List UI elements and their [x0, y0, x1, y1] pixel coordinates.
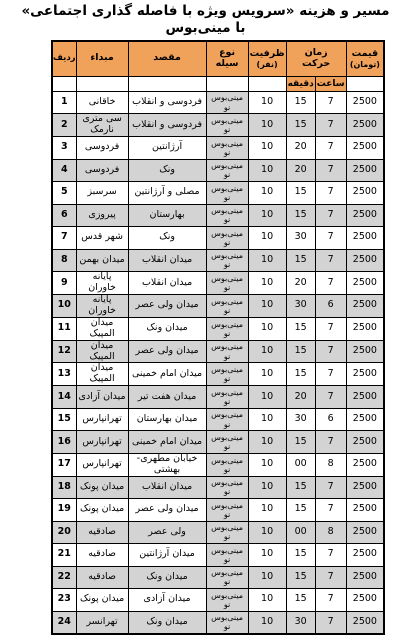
origin-cell: میدان بهمن	[76, 249, 128, 272]
minute-cell: 15	[286, 499, 315, 522]
table-row: 11میدان المپیکمیدان ونکمینی‌بوس نو101572…	[52, 317, 384, 340]
capacity-cell: 10	[248, 566, 286, 589]
vehicle-cell: مینی‌بوس نو	[206, 386, 248, 409]
routes-table: ردیف مبداء مقصد نوع سیله ظرفیت (نفر) زما…	[51, 40, 385, 635]
hour-cell: 8	[315, 521, 346, 544]
table-row: 7شهر قدسونکمینی‌بوس نو103072500	[52, 227, 384, 250]
capacity-cell: 10	[248, 272, 286, 295]
page-title: مسیر و هزینه «سرویس ویژه با فاصله گذاری …	[0, 0, 411, 37]
hour-cell: 7	[315, 272, 346, 295]
capacity-cell: 10	[248, 91, 286, 114]
origin-cell: میدان پونک	[76, 476, 128, 499]
price-cell: 2500	[346, 249, 384, 272]
vehicle-cell: مینی‌بوس نو	[206, 589, 248, 612]
table-row: 1خاقانیفردوسی و انقلابمینی‌بوس نو1015725…	[52, 91, 384, 114]
destination-cell: فردوسی و انقلاب	[128, 114, 206, 137]
vehicle-cell: مینی‌بوس نو	[206, 521, 248, 544]
hour-cell: 7	[315, 340, 346, 363]
table-row: 14میدان آزادیمیدان هفت تیرمینی‌بوس نو102…	[52, 386, 384, 409]
minute-cell: 20	[286, 137, 315, 160]
row-number-cell: 18	[52, 476, 76, 499]
row-number-cell: 6	[52, 204, 76, 227]
price-cell: 2500	[346, 159, 384, 182]
table-row: 17تهرانپارسخیابان مطهری- بهشتیمینی‌بوس ن…	[52, 453, 384, 476]
destination-cell: میدان ولی عصر	[128, 340, 206, 363]
minute-cell: 15	[286, 249, 315, 272]
hour-cell: 7	[315, 499, 346, 522]
vehicle-cell: مینی‌بوس نو	[206, 317, 248, 340]
vehicle-cell: مینی‌بوس نو	[206, 431, 248, 454]
minute-cell: 30	[286, 294, 315, 317]
vehicle-cell: مینی‌بوس نو	[206, 294, 248, 317]
hour-cell: 7	[315, 249, 346, 272]
table-header: ردیف مبداء مقصد نوع سیله ظرفیت (نفر) زما…	[52, 41, 384, 92]
vehicle-cell: مینی‌بوس نو	[206, 227, 248, 250]
vehicle-cell: مینی‌بوس نو	[206, 566, 248, 589]
table-row: 3فردوسیآرژانتینمینی‌بوس نو102072500	[52, 137, 384, 160]
vehicle-cell: مینی‌بوس نو	[206, 476, 248, 499]
capacity-cell: 10	[248, 363, 286, 386]
destination-cell: میدان امام خمینی	[128, 363, 206, 386]
capacity-cell: 10	[248, 159, 286, 182]
table-row: 8میدان بهمنمیدان انقلابمینی‌بوس نو101572…	[52, 249, 384, 272]
table-row: 10پایانه خاورانمیدان ولی عصرمینی‌بوس نو1…	[52, 294, 384, 317]
vehicle-cell: مینی‌بوس نو	[206, 272, 248, 295]
minute-cell: 15	[286, 182, 315, 205]
origin-cell: میدان آزادی	[76, 386, 128, 409]
hour-cell: 6	[315, 408, 346, 431]
price-cell: 2500	[346, 137, 384, 160]
hour-cell: 7	[315, 476, 346, 499]
destination-cell: میدان ولی عصر	[128, 499, 206, 522]
row-number-cell: 14	[52, 386, 76, 409]
destination-cell: میدان ولی عصر	[128, 294, 206, 317]
hour-cell: 7	[315, 363, 346, 386]
capacity-cell: 10	[248, 137, 286, 160]
vehicle-cell: مینی‌بوس نو	[206, 363, 248, 386]
page-title-line1: مسیر و هزینه «سرویس ویژه با فاصله گذاری …	[0, 3, 411, 20]
price-cell: 2500	[346, 114, 384, 137]
table-row: 4فردوسیونکمینی‌بوس نو102072500	[52, 159, 384, 182]
price-cell: 2500	[346, 272, 384, 295]
origin-cell: تهرانپارس	[76, 431, 128, 454]
column-header-capacity: ظرفیت (نفر)	[248, 41, 286, 77]
origin-cell: سرسبز	[76, 182, 128, 205]
column-header-radif: ردیف	[52, 41, 76, 77]
minute-cell: 15	[286, 566, 315, 589]
vehicle-cell: مینی‌بوس نو	[206, 204, 248, 227]
table-row: 5سرسبزمصلی و آرژانتینمینی‌بوس نو10157250…	[52, 182, 384, 205]
price-cell: 2500	[346, 566, 384, 589]
price-cell: 2500	[346, 431, 384, 454]
column-header-price: قیمت (تومان)	[346, 41, 384, 77]
row-number-cell: 12	[52, 340, 76, 363]
row-number-cell: 1	[52, 91, 76, 114]
capacity-cell: 10	[248, 408, 286, 431]
origin-cell: خاقانی	[76, 91, 128, 114]
destination-cell: میدان بهارستان	[128, 408, 206, 431]
vehicle-cell: مینی‌بوس نو	[206, 182, 248, 205]
hour-cell: 7	[315, 182, 346, 205]
minute-cell: 15	[286, 204, 315, 227]
sub-empty-price	[346, 76, 384, 91]
minute-cell: 15	[286, 544, 315, 567]
table-row: 24تهرانسرمیدان ونکمینی‌بوس نو103072500	[52, 611, 384, 634]
vehicle-cell: مینی‌بوس نو	[206, 249, 248, 272]
destination-cell: میدان ونک	[128, 317, 206, 340]
capacity-cell: 10	[248, 431, 286, 454]
sub-empty-origin	[76, 76, 128, 91]
hour-cell: 7	[315, 611, 346, 634]
minute-cell: 15	[286, 317, 315, 340]
row-number-cell: 11	[52, 317, 76, 340]
hour-cell: 7	[315, 566, 346, 589]
vehicle-cell: مینی‌بوس نو	[206, 544, 248, 567]
vehicle-cell: مینی‌بوس نو	[206, 159, 248, 182]
row-number-cell: 20	[52, 521, 76, 544]
row-number-cell: 5	[52, 182, 76, 205]
capacity-cell: 10	[248, 521, 286, 544]
row-number-cell: 10	[52, 294, 76, 317]
price-cell: 2500	[346, 91, 384, 114]
origin-cell: سی متری نارمک	[76, 114, 128, 137]
destination-cell: خیابان مطهری- بهشتی	[128, 453, 206, 476]
origin-cell: صادقیه	[76, 566, 128, 589]
row-number-cell: 22	[52, 566, 76, 589]
capacity-cell: 10	[248, 204, 286, 227]
price-cell: 2500	[346, 386, 384, 409]
price-cell: 2500	[346, 408, 384, 431]
row-number-cell: 17	[52, 453, 76, 476]
capacity-cell: 10	[248, 294, 286, 317]
price-cell: 2500	[346, 294, 384, 317]
origin-cell: صادقیه	[76, 544, 128, 567]
destination-cell: ولی عصر	[128, 521, 206, 544]
sub-header-minute: دقیقه	[286, 76, 315, 91]
destination-cell: میدان انقلاب	[128, 249, 206, 272]
capacity-cell: 10	[248, 227, 286, 250]
price-cell: 2500	[346, 182, 384, 205]
capacity-cell: 10	[248, 317, 286, 340]
column-header-destination: مقصد	[128, 41, 206, 77]
destination-cell: میدان انقلاب	[128, 272, 206, 295]
row-number-cell: 9	[52, 272, 76, 295]
minute-cell: 15	[286, 114, 315, 137]
minute-cell: 15	[286, 91, 315, 114]
minute-cell: 15	[286, 476, 315, 499]
capacity-cell: 10	[248, 499, 286, 522]
price-cell: 2500	[346, 611, 384, 634]
hour-cell: 7	[315, 589, 346, 612]
table-row: 6پیروزیبهارستانمینی‌بوس نو101572500	[52, 204, 384, 227]
table-row: 23میدان پونکمیدان آزادیمینی‌بوس نو101572…	[52, 589, 384, 612]
capacity-cell: 10	[248, 544, 286, 567]
vehicle-cell: مینی‌بوس نو	[206, 340, 248, 363]
row-number-cell: 23	[52, 589, 76, 612]
capacity-cell: 10	[248, 589, 286, 612]
destination-cell: میدان آرژانتین	[128, 544, 206, 567]
origin-cell: صادقیه	[76, 521, 128, 544]
price-cell: 2500	[346, 499, 384, 522]
sub-header-row: دقیقه ساعت	[52, 76, 384, 91]
minute-cell: 20	[286, 159, 315, 182]
price-cell: 2500	[346, 589, 384, 612]
sub-empty-destination	[128, 76, 206, 91]
origin-cell: میدان المپیک	[76, 317, 128, 340]
capacity-cell: 10	[248, 114, 286, 137]
minute-cell: 00	[286, 521, 315, 544]
table-row: 12میدان المپیکمیدان ولی عصرمینی‌بوس نو10…	[52, 340, 384, 363]
origin-cell: میدان المپیک	[76, 363, 128, 386]
price-cell: 2500	[346, 317, 384, 340]
price-cell: 2500	[346, 521, 384, 544]
capacity-cell: 10	[248, 453, 286, 476]
origin-cell: تهرانپارس	[76, 453, 128, 476]
row-number-cell: 16	[52, 431, 76, 454]
hour-cell: 8	[315, 453, 346, 476]
capacity-cell: 10	[248, 611, 286, 634]
vehicle-cell: مینی‌بوس نو	[206, 499, 248, 522]
hour-cell: 7	[315, 431, 346, 454]
minute-cell: 20	[286, 272, 315, 295]
minute-cell: 30	[286, 227, 315, 250]
hour-cell: 7	[315, 91, 346, 114]
sub-empty-capacity	[248, 76, 286, 91]
minute-cell: 30	[286, 408, 315, 431]
sub-header-hour: ساعت	[315, 76, 346, 91]
origin-cell: پیروزی	[76, 204, 128, 227]
origin-cell: میدان المپیک	[76, 340, 128, 363]
row-number-cell: 3	[52, 137, 76, 160]
hour-cell: 7	[315, 227, 346, 250]
price-cell: 2500	[346, 476, 384, 499]
row-number-cell: 13	[52, 363, 76, 386]
row-number-cell: 2	[52, 114, 76, 137]
price-cell: 2500	[346, 453, 384, 476]
destination-cell: میدان آزادی	[128, 589, 206, 612]
minute-cell: 30	[286, 611, 315, 634]
origin-cell: پایانه خاوران	[76, 272, 128, 295]
destination-cell: ونک	[128, 159, 206, 182]
vehicle-cell: مینی‌بوس نو	[206, 408, 248, 431]
destination-cell: میدان هفت تیر	[128, 386, 206, 409]
minute-cell: 00	[286, 453, 315, 476]
price-cell: 2500	[346, 544, 384, 567]
capacity-cell: 10	[248, 386, 286, 409]
table-row: 18میدان پونکمیدان انقلابمینی‌بوس نو10157…	[52, 476, 384, 499]
minute-cell: 15	[286, 340, 315, 363]
table-row: 13میدان المپیکمیدان امام خمینیمینی‌بوس ن…	[52, 363, 384, 386]
sub-empty-vehicle	[206, 76, 248, 91]
hour-cell: 7	[315, 114, 346, 137]
hour-cell: 7	[315, 137, 346, 160]
sub-empty-radif	[52, 76, 76, 91]
capacity-cell: 10	[248, 182, 286, 205]
vehicle-cell: مینی‌بوس نو	[206, 453, 248, 476]
table-row: 2سی متری نارمکفردوسی و انقلابمینی‌بوس نو…	[52, 114, 384, 137]
hour-cell: 7	[315, 317, 346, 340]
destination-cell: ونک	[128, 227, 206, 250]
page-title-line2: با مینی‌بوس	[0, 20, 411, 37]
table-body: 1خاقانیفردوسی و انقلابمینی‌بوس نو1015725…	[52, 91, 384, 634]
minute-cell: 15	[286, 431, 315, 454]
hour-cell: 7	[315, 204, 346, 227]
table-row: 15تهرانپارسمیدان بهارستانمینی‌بوس نو1030…	[52, 408, 384, 431]
origin-cell: تهرانپارس	[76, 408, 128, 431]
minute-cell: 20	[286, 386, 315, 409]
table-row: 16تهرانپارسمیدان امام خمینیمینی‌بوس نو10…	[52, 431, 384, 454]
capacity-cell: 10	[248, 249, 286, 272]
destination-cell: مصلی و آرژانتین	[128, 182, 206, 205]
column-header-departure-time: زمان حرکت	[286, 41, 346, 77]
capacity-cell: 10	[248, 476, 286, 499]
destination-cell: میدان ونک	[128, 566, 206, 589]
vehicle-cell: مینی‌بوس نو	[206, 114, 248, 137]
vehicle-cell: مینی‌بوس نو	[206, 91, 248, 114]
origin-cell: پایانه خاوران	[76, 294, 128, 317]
table-row: 21صادقیهمیدان آرژانتینمینی‌بوس نو1015725…	[52, 544, 384, 567]
row-number-cell: 8	[52, 249, 76, 272]
destination-cell: میدان امام خمینی	[128, 431, 206, 454]
column-header-origin: مبداء	[76, 41, 128, 77]
price-cell: 2500	[346, 204, 384, 227]
hour-cell: 7	[315, 544, 346, 567]
origin-cell: شهر قدس	[76, 227, 128, 250]
column-header-vehicle-type: نوع سیله	[206, 41, 248, 77]
table-row: 9پایانه خاورانمیدان انقلابمینی‌بوس نو102…	[52, 272, 384, 295]
price-cell: 2500	[346, 340, 384, 363]
row-number-cell: 4	[52, 159, 76, 182]
origin-cell: میدان پونک	[76, 589, 128, 612]
origin-cell: فردوسی	[76, 137, 128, 160]
destination-cell: فردوسی و انقلاب	[128, 91, 206, 114]
minute-cell: 15	[286, 589, 315, 612]
hour-cell: 6	[315, 294, 346, 317]
row-number-cell: 24	[52, 611, 76, 634]
destination-cell: آرژانتین	[128, 137, 206, 160]
table-row: 19میدان پونکمیدان ولی عصرمینی‌بوس نو1015…	[52, 499, 384, 522]
row-number-cell: 21	[52, 544, 76, 567]
hour-cell: 7	[315, 386, 346, 409]
origin-cell: تهرانسر	[76, 611, 128, 634]
hour-cell: 7	[315, 159, 346, 182]
destination-cell: بهارستان	[128, 204, 206, 227]
origin-cell: فردوسی	[76, 159, 128, 182]
vehicle-cell: مینی‌بوس نو	[206, 137, 248, 160]
vehicle-cell: مینی‌بوس نو	[206, 611, 248, 634]
row-number-cell: 19	[52, 499, 76, 522]
origin-cell: میدان پونک	[76, 499, 128, 522]
row-number-cell: 15	[52, 408, 76, 431]
table-row: 22صادقیهمیدان ونکمینی‌بوس نو101572500	[52, 566, 384, 589]
destination-cell: میدان ونک	[128, 611, 206, 634]
row-number-cell: 7	[52, 227, 76, 250]
capacity-cell: 10	[248, 340, 286, 363]
destination-cell: میدان انقلاب	[128, 476, 206, 499]
price-cell: 2500	[346, 363, 384, 386]
table-row: 20صادقیهولی عصرمینی‌بوس نو100082500	[52, 521, 384, 544]
minute-cell: 15	[286, 363, 315, 386]
price-cell: 2500	[346, 227, 384, 250]
